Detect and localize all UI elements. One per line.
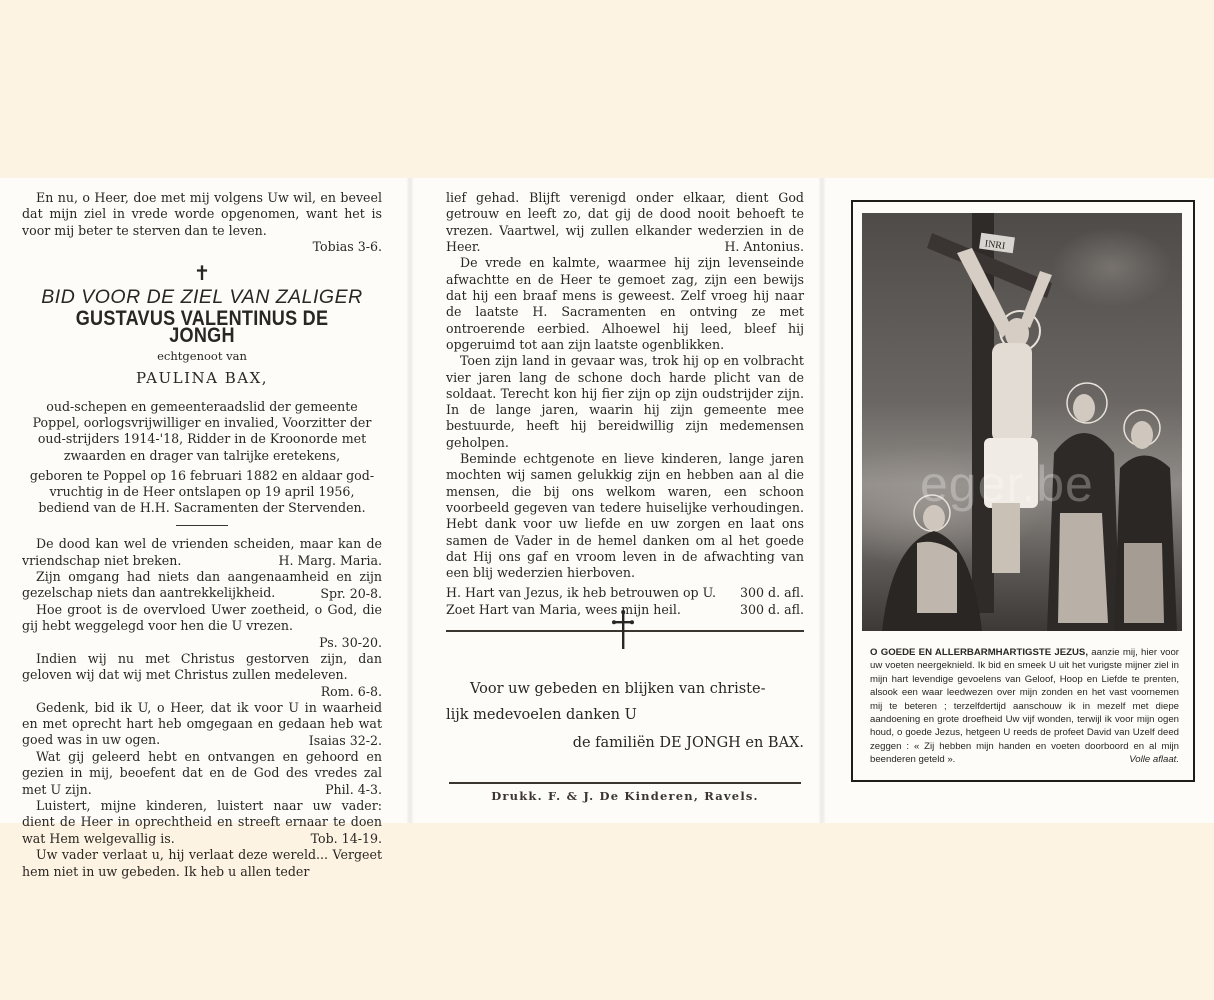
fold-line-right [818, 178, 826, 823]
prayer-body: aanzie mij, hier voor uw voeten neergekn… [870, 647, 1179, 765]
paragraph: Beminde echtgenote en lieve kinderen, la… [446, 451, 804, 581]
continuation-ref: H. Antonius. [446, 239, 804, 255]
spouse-name: PAULINA BAX, [22, 370, 382, 386]
crucifixion-image: INRI [862, 213, 1182, 631]
crucifixion-illustration: INRI [862, 213, 1182, 631]
family-signature: de familiën DE JONGH en BAX. [466, 730, 804, 756]
quote-ref: Rom. 6-8. [22, 684, 382, 700]
middle-panel: lief gehad. Blijft verenigd onder elkaar… [446, 190, 804, 632]
prayer-caps: O GOEDE EN ALLERBARMHARTIGSTE JEZUS, [870, 647, 1088, 658]
title-line: oud-strijders 1914-'18, Ridder in de Kro… [22, 431, 382, 447]
birth-death: geboren te Poppel op 16 februari 1882 en… [22, 468, 382, 517]
thanks-line: Voor uw gebeden en blijken van christe- [466, 676, 804, 702]
left-panel: En nu, o Heer, doe met mij volgens Uw wi… [22, 190, 382, 880]
fold-line-left [406, 178, 414, 823]
title-line: Poppel, oorlogsvrijwilliger en invalied,… [22, 415, 382, 431]
cross-icon: ✝ [22, 261, 382, 285]
birth-death-line: geboren te Poppel op 16 februari 1882 en… [22, 468, 382, 484]
thanks-line: lijk medevoelen danken U [446, 702, 804, 728]
divider [176, 525, 228, 527]
birth-death-line: bediend van de H.H. Sacramenten der Ster… [22, 500, 382, 516]
quote-2: Hoe groot is de overvloed Uwer zoetheid,… [22, 602, 382, 635]
birth-death-line: vruchtig in de Heer ontslapen op 19 apri… [22, 484, 382, 500]
ejaculation: H. Hart van Jezus, ik heb betrouwen op U… [446, 585, 804, 601]
cross-icon [611, 610, 635, 650]
closing-start: Uw vader verlaat u, hij verlaat deze wer… [22, 847, 382, 880]
opening-quote: En nu, o Heer, doe met mij volgens Uw wi… [22, 190, 382, 239]
paragraph: De vrede en kalmte, waarmee hij zijn lev… [446, 255, 804, 353]
title-line: zwaarden en drager van talrijke ereteken… [22, 448, 382, 464]
title-line: oud-schepen en gemeenteraadslid der geme… [22, 399, 382, 415]
spouse-label: echtgenoot van [22, 348, 382, 364]
opening-ref: Tobias 3-6. [22, 239, 382, 255]
quote-ref: Ps. 30-20. [22, 635, 382, 651]
printer-credit: Drukk. F. & J. De Kinderen, Ravels. [449, 789, 801, 803]
titles: oud-schepen en gemeenteraadslid der geme… [22, 399, 382, 464]
prayer-text: O GOEDE EN ALLERBARMHARTIGSTE JEZUS, aan… [870, 646, 1179, 767]
deceased-name: GUSTAVUS VALENTINUS DE JONGH [47, 311, 357, 344]
paragraph: Toen zijn land in gevaar was, trok hij o… [446, 353, 804, 451]
thanks-block: Voor uw gebeden en blijken van christe- … [466, 676, 804, 756]
indulgence: Volle aflaat. [1129, 753, 1179, 766]
divider [449, 782, 801, 784]
watermark: eger.be [920, 455, 1094, 513]
quote-3: Indien wij nu met Christus gestorven zij… [22, 651, 382, 684]
prayer-heading: BID VOOR DE ZIEL VAN ZALIGER [22, 289, 382, 305]
